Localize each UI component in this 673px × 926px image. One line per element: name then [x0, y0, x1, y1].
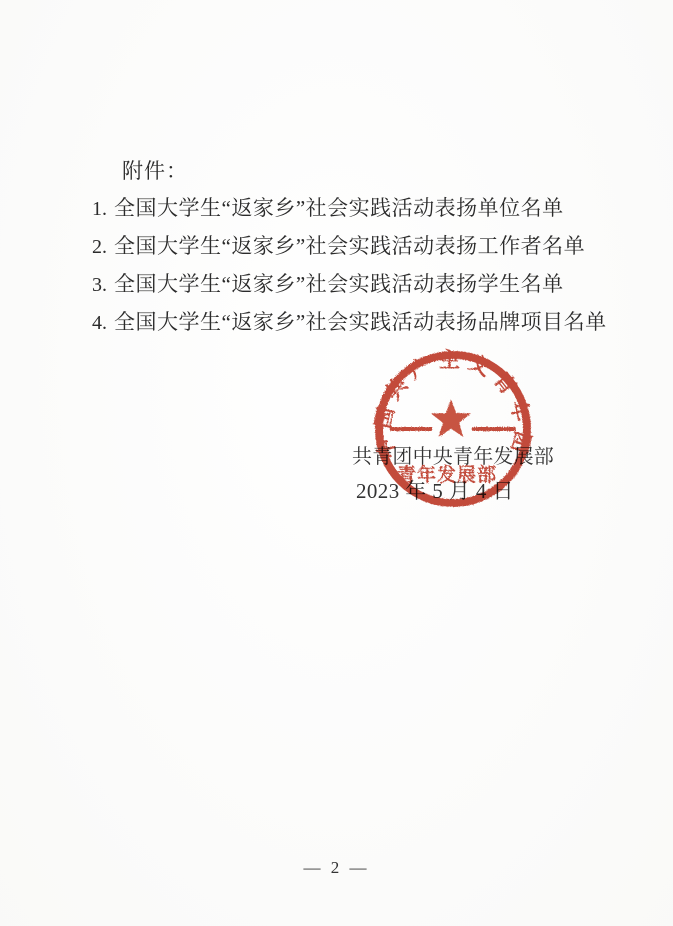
list-item-number: 2. [92, 236, 107, 259]
list-item: 4.全国大学生“返家乡”社会实践活动表扬品牌项目名单 [92, 306, 607, 336]
attachment-heading: 附件： [122, 155, 188, 185]
list-item: 3.全国大学生“返家乡”社会实践活动表扬学生名单 [92, 268, 564, 298]
signature-date: 2023 年 5 月 4 日 [356, 475, 514, 505]
official-seal: 中国共产主义青年团 青年发展部 [0, 0, 673, 926]
list-item: 1.全国大学生“返家乡”社会实践活动表扬单位名单 [92, 192, 564, 222]
signature-department: 共青团中央青年发展部 [352, 440, 554, 469]
list-item-text: 全国大学生“返家乡”社会实践活动表扬品牌项目名单 [114, 310, 607, 334]
list-item-text: 全国大学生“返家乡”社会实践活动表扬单位名单 [114, 196, 564, 220]
list-item: 2.全国大学生“返家乡”社会实践活动表扬工作者名单 [92, 230, 585, 260]
page-number: — 2 — [0, 858, 673, 878]
list-item-number: 4. [92, 312, 107, 335]
list-item-text: 全国大学生“返家乡”社会实践活动表扬工作者名单 [114, 234, 585, 258]
list-item-text: 全国大学生“返家乡”社会实践活动表扬学生名单 [114, 272, 564, 296]
list-item-number: 3. [92, 274, 107, 297]
seal-star-icon [431, 399, 471, 437]
document-page: 附件： 1.全国大学生“返家乡”社会实践活动表扬单位名单 2.全国大学生“返家乡… [0, 0, 673, 926]
list-item-number: 1. [92, 198, 107, 221]
